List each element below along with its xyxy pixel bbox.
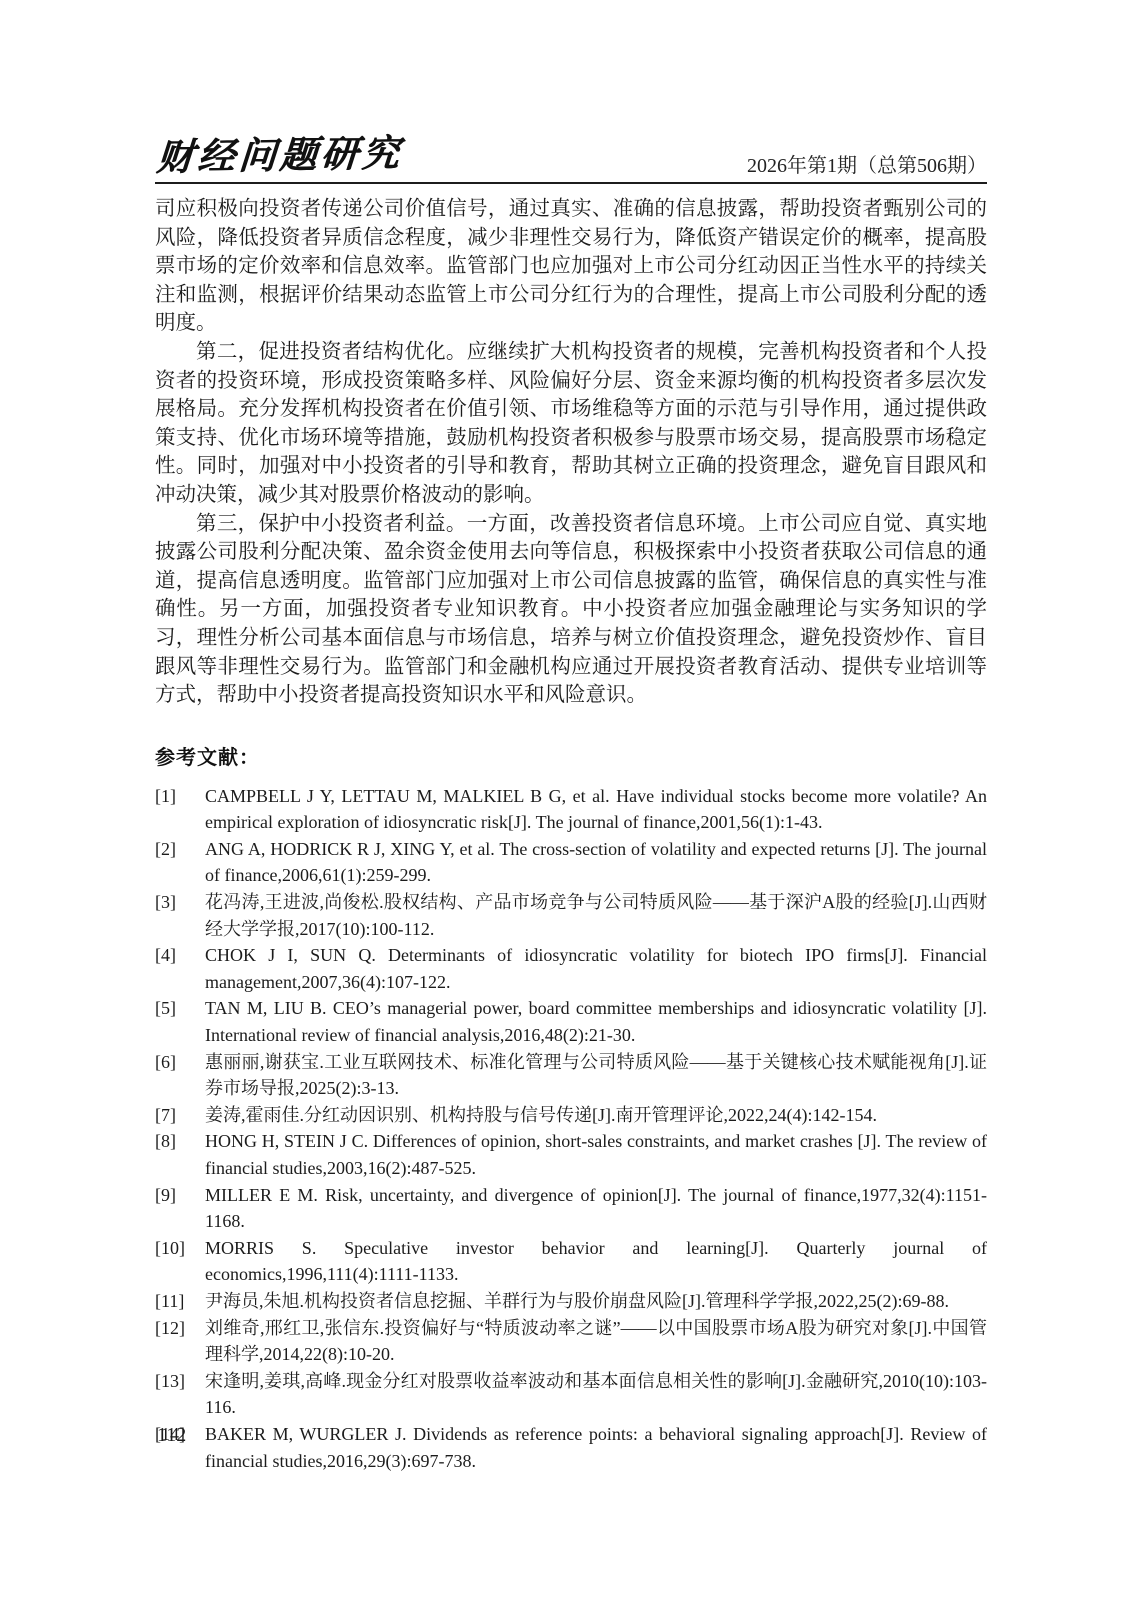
reference-number: [8] [155, 1128, 205, 1155]
reference-number: [3] [155, 889, 205, 916]
reference-item: [12] 刘维奇,邢红卫,张信东.投资偏好与“特质波动率之谜”——以中国股票市场… [155, 1315, 987, 1368]
reference-text: 尹海员,朱旭.机构投资者信息挖掘、羊群行为与股价崩盘风险[J].管理科学学报,2… [205, 1288, 987, 1315]
reference-number: [7] [155, 1102, 205, 1129]
page-header: 财经问题研究 2026年第1期（总第506期） [155, 126, 987, 180]
reference-number: [5] [155, 995, 205, 1022]
reference-item: [9] MILLER E M. Risk, uncertainty, and d… [155, 1182, 987, 1235]
reference-item: [7] 姜涛,霍雨佳.分红动因识别、机构持股与信号传递[J].南开管理评论,20… [155, 1102, 987, 1129]
reference-number: [4] [155, 942, 205, 969]
body-paragraph-3: 第三，保护中小投资者利益。一方面，改善投资者信息环境。上市公司应自觉、真实地披露… [155, 510, 987, 710]
reference-item: [14] BAKER M, WURGLER J. Dividends as re… [155, 1421, 987, 1474]
journal-page: 财经问题研究 2026年第1期（总第506期） 司应积极向投资者传递公司价值信号… [0, 0, 1140, 1600]
reference-item: [11] 尹海员,朱旭.机构投资者信息挖掘、羊群行为与股价崩盘风险[J].管理科… [155, 1288, 987, 1315]
reference-number: [2] [155, 836, 205, 863]
reference-number: [6] [155, 1049, 205, 1076]
reference-text: HONG H, STEIN J C. Differences of opinio… [205, 1128, 987, 1181]
reference-text: BAKER M, WURGLER J. Dividends as referen… [205, 1421, 987, 1474]
reference-text: 姜涛,霍雨佳.分红动因识别、机构持股与信号传递[J].南开管理评论,2022,2… [205, 1102, 987, 1129]
reference-text: MILLER E M. Risk, uncertainty, and diver… [205, 1182, 987, 1235]
reference-text: MORRIS S. Speculative investor behavior … [205, 1235, 987, 1288]
reference-text: CHOK J I, SUN Q. Determinants of idiosyn… [205, 942, 987, 995]
reference-text: ANG A, HODRICK R J, XING Y, et al. The c… [205, 836, 987, 889]
journal-logo: 财经问题研究 [155, 135, 404, 180]
body-paragraph-1: 司应积极向投资者传递公司价值信号，通过真实、准确的信息披露，帮助投资者甄别公司的… [155, 195, 987, 338]
reference-number: [10] [155, 1235, 205, 1262]
body-paragraph-2: 第二，促进投资者结构优化。应继续扩大机构投资者的规模，完善机构投资者和个人投资者… [155, 338, 987, 510]
reference-item: [6] 惠丽丽,谢获宝.工业互联网技术、标准化管理与公司特质风险——基于关键核心… [155, 1049, 987, 1102]
reference-number: [12] [155, 1315, 205, 1342]
page-number: 112 [157, 1424, 186, 1447]
reference-number: [13] [155, 1368, 205, 1395]
reference-item: [8] HONG H, STEIN J C. Differences of op… [155, 1128, 987, 1181]
reference-item: [2] ANG A, HODRICK R J, XING Y, et al. T… [155, 836, 987, 889]
reference-text: 宋逢明,姜琪,高峰.现金分红对股票收益率波动和基本面信息相关性的影响[J].金融… [205, 1368, 987, 1421]
reference-item: [5] TAN M, LIU B. CEO’s managerial power… [155, 995, 987, 1048]
reference-item: [10] MORRIS S. Speculative investor beha… [155, 1235, 987, 1288]
reference-item: [1] CAMPBELL J Y, LETTAU M, MALKIEL B G,… [155, 783, 987, 836]
reference-number: [1] [155, 783, 205, 810]
references-list: [1] CAMPBELL J Y, LETTAU M, MALKIEL B G,… [155, 783, 987, 1474]
reference-text: CAMPBELL J Y, LETTAU M, MALKIEL B G, et … [205, 783, 987, 836]
reference-item: [3] 花冯涛,王进波,尚俊松.股权结构、产品市场竞争与公司特质风险——基于深沪… [155, 889, 987, 942]
header-divider [155, 182, 987, 184]
reference-number: [9] [155, 1182, 205, 1209]
reference-text: TAN M, LIU B. CEO’s managerial power, bo… [205, 995, 987, 1048]
reference-item: [4] CHOK J I, SUN Q. Determinants of idi… [155, 942, 987, 995]
reference-number: [11] [155, 1288, 205, 1315]
article-body: 司应积极向投资者传递公司价值信号，通过真实、准确的信息披露，帮助投资者甄别公司的… [155, 195, 987, 1474]
reference-text: 惠丽丽,谢获宝.工业互联网技术、标准化管理与公司特质风险——基于关键核心技术赋能… [205, 1049, 987, 1102]
reference-item: [13] 宋逢明,姜琪,高峰.现金分红对股票收益率波动和基本面信息相关性的影响[… [155, 1368, 987, 1421]
issue-info: 2026年第1期（总第506期） [747, 149, 987, 180]
reference-text: 刘维奇,邢红卫,张信东.投资偏好与“特质波动率之谜”——以中国股票市场A股为研究… [205, 1315, 987, 1368]
reference-text: 花冯涛,王进波,尚俊松.股权结构、产品市场竞争与公司特质风险——基于深沪A股的经… [205, 889, 987, 942]
references-heading: 参考文献： [155, 741, 987, 770]
